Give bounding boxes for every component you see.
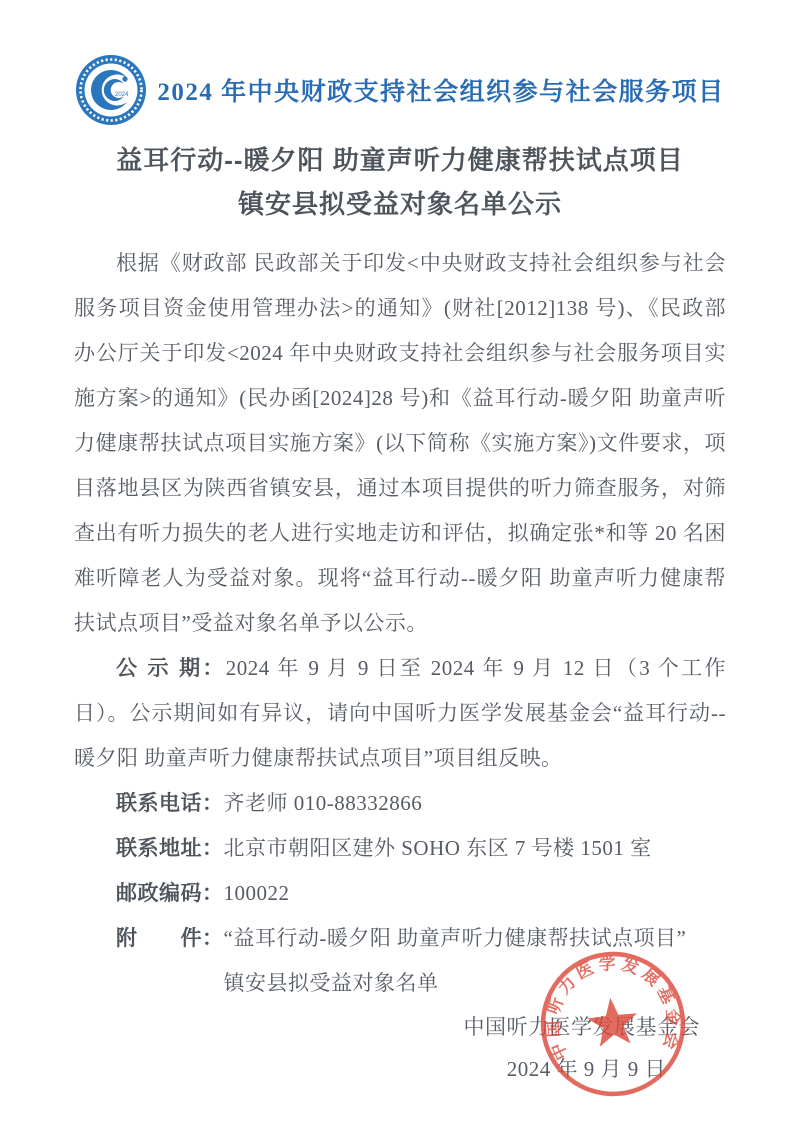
document-page: 2024 2024 年中央财政支持社会组织参与社会服务项目 益耳行动--暖夕阳 …	[0, 0, 800, 1131]
document-header: 2024 2024 年中央财政支持社会组织参与社会服务项目	[0, 0, 800, 126]
intro-paragraph: 根据《财政部 民政部关于印发<中央财政支持社会组织参与社会服务项目资金使用管理办…	[74, 241, 726, 646]
contact-address-label: 联系地址：	[116, 837, 224, 860]
notice-period-paragraph: 公 示 期：2024 年 9 月 9 日至 2024 年 9 月 12 日（3 …	[74, 646, 726, 781]
foundation-logo: 2024	[75, 54, 147, 126]
document-title-line2: 镇安县拟受益对象名单公示	[0, 182, 800, 226]
contact-address-value: 北京市朝阳区建外 SOHO 东区 7 号楼 1501 室	[224, 836, 652, 860]
banner-title: 2024 年中央财政支持社会组织参与社会服务项目	[157, 72, 724, 108]
logo-year-label: 2024	[115, 92, 129, 98]
notice-period-label: 公 示 期：	[116, 657, 226, 680]
attachment-block: 附 件： “益耳行动-暖夕阳 助童声听力健康帮扶试点项目” 镇安县拟受益对象名单	[74, 916, 726, 1006]
contact-phone-line: 联系电话：齐老师 010-88332866	[74, 781, 726, 826]
signature-block: 中国听力医学发展基金会 2024 年 9 月 9 日	[74, 1006, 726, 1090]
document-title-line1: 益耳行动--暖夕阳 助童声听力健康帮扶试点项目	[0, 138, 800, 182]
postal-code-value: 100022	[224, 881, 290, 905]
contact-phone-label: 联系电话：	[116, 792, 224, 815]
attachment-line2: 镇安县拟受益对象名单	[224, 961, 727, 1006]
contact-phone-value: 齐老师 010-88332866	[224, 791, 423, 815]
attachment-label: 附 件：	[116, 916, 224, 961]
postal-code-label: 邮政编码：	[116, 882, 224, 905]
document-body: 根据《财政部 民政部关于印发<中央财政支持社会组织参与社会服务项目资金使用管理办…	[74, 241, 726, 1006]
document-title: 益耳行动--暖夕阳 助童声听力健康帮扶试点项目 镇安县拟受益对象名单公示	[0, 138, 800, 226]
contact-address-line: 联系地址：北京市朝阳区建外 SOHO 东区 7 号楼 1501 室	[74, 826, 726, 871]
foundation-logo-icon: 2024	[75, 54, 147, 126]
attachment-values: “益耳行动-暖夕阳 助童声听力健康帮扶试点项目” 镇安县拟受益对象名单	[224, 916, 727, 1006]
postal-code-line: 邮政编码：100022	[74, 871, 726, 916]
signature-organization: 中国听力医学发展基金会	[74, 1006, 726, 1048]
signature-date: 2024 年 9 月 9 日	[74, 1048, 726, 1090]
attachment-line1: “益耳行动-暖夕阳 助童声听力健康帮扶试点项目”	[224, 916, 727, 961]
